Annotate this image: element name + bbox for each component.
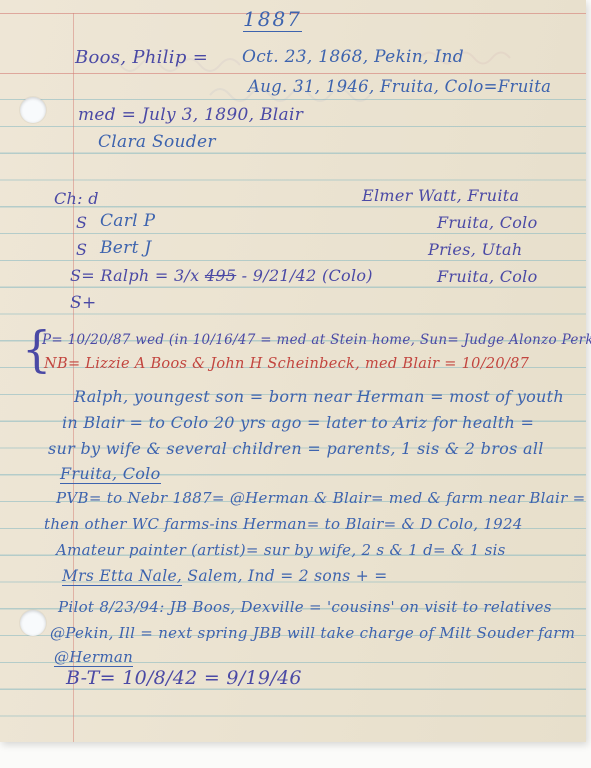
child-row-name: Carl P <box>100 212 155 232</box>
pvb-para-line: then other WC farms-ins Herman= to Blair… <box>44 516 523 533</box>
child-row-place: Pries, Utah <box>428 241 522 259</box>
note-nb-line: NB= Lizzie A Boos & John H Scheinbeck, m… <box>44 356 529 373</box>
pilot-para-place: @Herman <box>54 649 133 667</box>
red-rule-header <box>0 73 586 74</box>
struck-text: 495 <box>205 266 236 285</box>
child-row-place: Fruita, Colo <box>437 214 538 232</box>
etta-name: Mrs Etta Nale, <box>62 567 182 586</box>
child-row-tag: S+ <box>70 294 97 314</box>
ralph-para-place: Fruita, Colo <box>60 465 161 484</box>
year-heading: 1887 <box>243 8 302 32</box>
child-row-tag: S <box>76 241 87 259</box>
etta-rest: Salem, Ind = 2 sons + = <box>182 567 387 585</box>
ledger-paper: 1887 Boos, Philip = Oct. 23, 1868, Pekin… <box>0 0 586 742</box>
spouse-line: Clara Souder <box>98 133 216 153</box>
birth-line: Oct. 23, 1868, Pekin, Ind <box>242 48 464 68</box>
child-row-place: Fruita, Colo <box>437 268 538 286</box>
pvb-para-line: Amateur painter (artist)= sur by wife, 2… <box>56 542 506 559</box>
name-line: Boos, Philip = <box>75 48 208 69</box>
hole-punch-top <box>20 97 46 123</box>
ralph-para-line: in Blair = to Colo 20 yrs ago = later to… <box>62 414 534 432</box>
ralph-para-line: Ralph, youngest son = born near Herman =… <box>74 388 564 406</box>
hole-punch-bottom <box>20 610 46 636</box>
ralph-para-line: sur by wife & several children = parents… <box>48 440 544 458</box>
death-line: Aug. 31, 1946, Fruita, Colo=Fruita <box>248 78 551 97</box>
child-row-dates: - 9/21/42 (Colo) <box>236 266 373 285</box>
child-row-name: Ralph = 3/x <box>100 266 204 285</box>
child-row-name: Bert J <box>100 239 152 259</box>
children-header: Ch: d <box>54 190 99 208</box>
child-row-tag: S= <box>70 266 95 285</box>
pvb-para-line: PVB= to Nebr 1887= @Herman & Blair= med … <box>56 490 591 507</box>
child-row-tag: S <box>76 214 87 232</box>
note-p-line: P= 10/20/87 wed (in 10/16/47 = med at St… <box>42 333 591 349</box>
etta-line: Mrs Etta Nale, Salem, Ind = 2 sons + = <box>62 568 388 586</box>
child-row-ralph: S= Ralph = 3/x 495 - 9/21/42 (Colo) <box>70 267 373 285</box>
witness-line: Elmer Watt, Fruita <box>362 187 519 205</box>
bt-dates-line: B-T= 10/8/42 = 9/19/46 <box>66 668 302 690</box>
pilot-para-line: Pilot 8/23/94: JB Boos, Dexville = 'cous… <box>58 599 552 616</box>
pilot-para-line: @Pekin, Ill = next spring JBB will take … <box>50 625 575 642</box>
marriage-line: med = July 3, 1890, Blair <box>78 106 303 126</box>
